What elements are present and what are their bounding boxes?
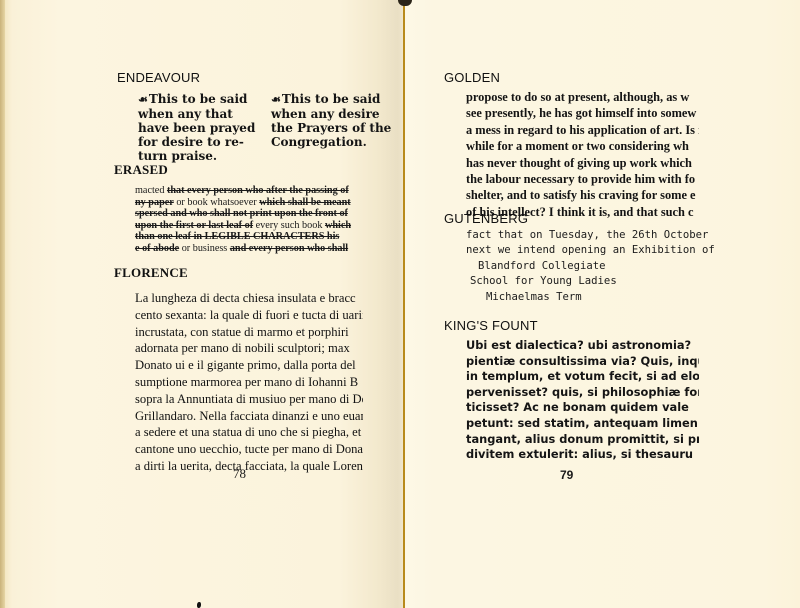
fleuron-icon: ☙ [138, 93, 148, 106]
heading-erased: ERASED [114, 162, 168, 178]
heading-florence: FLORENCE [114, 265, 188, 281]
heading-kings-fount: KING'S FOUNT [444, 318, 538, 333]
heading-gutenberg: GUTENBERG [444, 211, 528, 226]
golden-sample: propose to do so at present, although, a… [466, 89, 699, 220]
page-number-right: 79 [560, 468, 573, 482]
erased-sample: macted that every person who after the p… [135, 185, 363, 255]
page-number-left: 78 [233, 466, 246, 482]
gutter-line [403, 0, 405, 608]
page-edge [0, 0, 5, 608]
heading-endeavour: ENDEAVOUR [117, 70, 200, 85]
book-spread: ENDEAVOUR ☙This to be said when any that… [0, 0, 800, 608]
florence-sample: La lungheza di decta chiesa insulata e b… [135, 290, 363, 475]
heading-golden: GOLDEN [444, 70, 500, 85]
endeavour-sample-1: ☙This to be said when any that have been… [138, 92, 255, 163]
endeavour-sample-2: ☙This to be said when any desire the Pra… [271, 92, 391, 149]
fleuron-icon: ☙ [271, 93, 281, 106]
gutenberg-sample: fact that on Tuesday, the 26th October n… [466, 228, 706, 305]
ink-speck [197, 602, 201, 608]
kings-fount-sample: Ubi est dialectica? ubi astronomia? pien… [466, 338, 699, 463]
